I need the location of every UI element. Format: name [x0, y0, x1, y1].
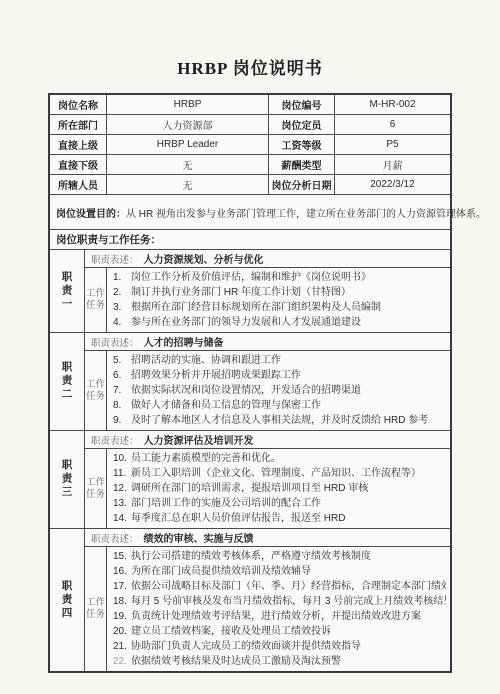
task-number: 17.	[111, 579, 131, 594]
task-number: 10.	[111, 451, 131, 466]
responsibility-desc-row: 职责表述： 人力资源规划、分析与优化	[85, 250, 450, 268]
responsibility-desc-row: 职责表述： 绩效的审核、实施与反馈	[85, 529, 450, 547]
task-item: 14. 每季度汇总在职人员价值评估报告，报送至 HRD	[111, 511, 446, 526]
responsibility-name: 职责三	[60, 459, 75, 500]
desc-label: 职责表述：	[91, 433, 139, 447]
field-value: HRBP Leader	[107, 135, 269, 154]
task-text: 参与所在业务部门的领导力发展和人才发展通道建设	[131, 315, 446, 330]
task-list: 1. 岗位工作分析及价值评估，编制和维护《岗位说明书》 2. 制订并执行业务部门…	[107, 268, 450, 332]
task-label: 工作任务	[86, 288, 106, 312]
info-row: 所辖人员 无 岗位分析日期 2022/3/12	[50, 175, 450, 195]
task-label-cell: 工作任务	[85, 351, 107, 430]
task-item: 16. 为所在部门成员提供绩效培训及绩效辅导	[111, 564, 446, 579]
task-text: 依据公司战略目标及部门（年、季、月）经营指标，合理制定本部门绩效考核指标	[131, 579, 446, 594]
task-item: 6. 招聘效果分析并开展招聘成果跟踪工作	[111, 368, 446, 383]
info-row: 直接下级 无 薪酬类型 月薪	[50, 155, 450, 175]
field-value: 2022/3/12	[335, 175, 450, 194]
task-item: 4. 参与所在业务部门的领导力发展和人才发展通道建设	[111, 315, 446, 330]
purpose-label: 岗位设置目的：	[56, 205, 126, 220]
info-row: 所在部门 人力资源部 岗位定员 6	[50, 115, 450, 135]
task-number: 4.	[111, 315, 131, 330]
task-text: 建立员工绩效档案，接收及处理员工绩效投诉	[131, 624, 446, 639]
task-number: 1.	[111, 270, 131, 285]
task-label-cell: 工作任务	[85, 547, 107, 671]
task-item: 2. 制订并执行业务部门 HR 年度工作计划（甘特图）	[111, 285, 446, 300]
task-text: 执行公司搭建的绩效考核体系，严格遵守绩效考核制度	[131, 549, 446, 564]
purpose-text: 从 HR 视角出发参与业务部门管理工作，建立所在业务部门的人力资源管理体系。	[126, 205, 486, 220]
task-number: 2.	[111, 285, 131, 300]
task-text: 招聘活动的实施、协调和跟进工作	[131, 353, 446, 368]
task-number: 22.	[111, 654, 131, 669]
field-label: 薪酬类型	[269, 155, 335, 174]
task-number: 18.	[111, 594, 131, 609]
desc-text: 绩效的审核、实施与反馈	[144, 530, 254, 545]
task-text: 及时了解本地区人才信息及人事相关法规，并及时反馈给 HRD 参考	[131, 413, 446, 428]
task-number: 9.	[111, 413, 131, 428]
task-text: 做好人才储备和员工信息的管理与保密工作	[131, 398, 446, 413]
desc-text: 人力资源规划、分析与优化	[144, 251, 264, 266]
field-value: 无	[107, 175, 269, 194]
task-label: 工作任务	[86, 477, 106, 501]
task-number: 14.	[111, 511, 131, 526]
task-label-cell: 工作任务	[85, 449, 107, 528]
task-text: 依据实际状况和岗位设置情况，开发适合的招聘渠道	[131, 383, 446, 398]
task-text: 员工能力素质模型的完善和优化。	[131, 451, 446, 466]
task-item: 22. 依据绩效考核结果及时达成员工激励及淘汰预警	[111, 654, 446, 669]
task-number: 21.	[111, 639, 131, 654]
task-number: 15.	[111, 549, 131, 564]
responsibility-block-4: 职责四 职责表述： 绩效的审核、实施与反馈 工作任务 15. 执行公司搭建的	[50, 529, 450, 671]
field-value: 无	[107, 155, 269, 174]
task-item: 17. 依据公司战略目标及部门（年、季、月）经营指标，合理制定本部门绩效考核指标	[111, 579, 446, 594]
task-number: 11.	[111, 466, 131, 481]
responsibility-block-1: 职责一 职责表述： 人力资源规划、分析与优化 工作任务 1. 岗位工作分析及	[50, 250, 450, 333]
field-label: 所在部门	[50, 115, 107, 134]
task-item: 13. 部门培训工作的实施及公司培训的配合工作	[111, 496, 446, 511]
task-item: 9. 及时了解本地区人才信息及人事相关法规，并及时反馈给 HRD 参考	[111, 413, 446, 428]
task-item: 20. 建立员工绩效档案，接收及处理员工绩效投诉	[111, 624, 446, 639]
responsibility-name-cell: 职责二	[50, 333, 85, 430]
responsibility-name: 职责四	[60, 580, 75, 621]
task-number: 5.	[111, 353, 131, 368]
task-list: 5. 招聘活动的实施、协调和跟进工作 6. 招聘效果分析并开展招聘成果跟踪工作 …	[107, 351, 450, 430]
responsibility-desc-row: 职责表述： 人才的招聘与储备	[85, 333, 450, 351]
desc-text: 人力资源评估及培训开发	[144, 432, 254, 447]
job-description-table: 岗位名称 HRBP 岗位编号 M-HR-002 所在部门 人力资源部 岗位定员 …	[48, 93, 452, 673]
task-item: 10. 员工能力素质模型的完善和优化。	[111, 451, 446, 466]
job-info-grid: 岗位名称 HRBP 岗位编号 M-HR-002 所在部门 人力资源部 岗位定员 …	[50, 95, 450, 195]
desc-text: 人才的招聘与储备	[144, 334, 224, 349]
responsibility-name: 职责二	[60, 361, 75, 402]
responsibility-desc-row: 职责表述： 人力资源评估及培训开发	[85, 431, 450, 449]
info-row: 直接上级 HRBP Leader 工资等级 P5	[50, 135, 450, 155]
task-item: 8. 做好人才储备和员工信息的管理与保密工作	[111, 398, 446, 413]
task-item: 5. 招聘活动的实施、协调和跟进工作	[111, 353, 446, 368]
task-text: 招聘效果分析并开展招聘成果跟踪工作	[131, 368, 446, 383]
task-item: 19. 负责统计处理绩效考评结果，进行绩效分析，并提出绩效改进方案	[111, 609, 446, 624]
task-number: 13.	[111, 496, 131, 511]
desc-label: 职责表述：	[91, 335, 139, 349]
task-label: 工作任务	[86, 597, 106, 621]
task-number: 6.	[111, 368, 131, 383]
field-label: 岗位编号	[269, 95, 335, 114]
responsibility-block-3: 职责三 职责表述： 人力资源评估及培训开发 工作任务 10. 员工能力素质模	[50, 431, 450, 529]
task-item: 11. 新员工入职培训（企业文化、管理制度、产品知识、工作流程等）	[111, 466, 446, 481]
task-number: 20.	[111, 624, 131, 639]
task-number: 3.	[111, 300, 131, 315]
task-number: 8.	[111, 398, 131, 413]
task-text: 调研所在部门的培训需求，提报培训项目至 HRD 审核	[131, 481, 446, 496]
task-text: 负责统计处理绩效考评结果，进行绩效分析，并提出绩效改进方案	[131, 609, 446, 624]
field-label: 岗位名称	[50, 95, 107, 114]
task-item: 7. 依据实际状况和岗位设置情况，开发适合的招聘渠道	[111, 383, 446, 398]
field-value: P5	[335, 135, 450, 154]
field-value: HRBP	[107, 95, 269, 114]
field-label: 直接下级	[50, 155, 107, 174]
page-title: HRBP 岗位说明书	[0, 54, 500, 84]
task-text: 根据所在部门经营目标规划所在部门组织架构及人员编制	[131, 300, 446, 315]
task-item: 21. 协助部门负责人完成员工的绩效面谈并提供绩效指导	[111, 639, 446, 654]
section-header: 岗位职责与工作任务：	[50, 230, 450, 250]
task-label-cell: 工作任务	[85, 268, 107, 332]
task-text: 新员工入职培训（企业文化、管理制度、产品知识、工作流程等）	[131, 466, 446, 481]
desc-label: 职责表述：	[91, 252, 139, 266]
task-item: 18. 每月 5 号前审核及发布当月绩效指标，每月 3 号前完成上月绩效考核结果…	[111, 594, 446, 609]
task-item: 3. 根据所在部门经营目标规划所在部门组织架构及人员编制	[111, 300, 446, 315]
task-list: 10. 员工能力素质模型的完善和优化。 11. 新员工入职培训（企业文化、管理制…	[107, 449, 450, 528]
field-value: 月薪	[335, 155, 450, 174]
field-label: 岗位定员	[269, 115, 335, 134]
field-label: 岗位分析日期	[269, 175, 335, 194]
task-text: 为所在部门成员提供绩效培训及绩效辅导	[131, 564, 446, 579]
task-text: 依据绩效考核结果及时达成员工激励及淘汰预警	[131, 654, 446, 669]
task-list: 15. 执行公司搭建的绩效考核体系，严格遵守绩效考核制度 16. 为所在部门成员…	[107, 547, 450, 671]
responsibility-name-cell: 职责三	[50, 431, 85, 528]
task-text: 每月 5 号前审核及发布当月绩效指标，每月 3 号前完成上月绩效考核结果审核提报	[131, 594, 446, 609]
field-label: 直接上级	[50, 135, 107, 154]
task-text: 岗位工作分析及价值评估，编制和维护《岗位说明书》	[131, 270, 446, 285]
task-text: 部门培训工作的实施及公司培训的配合工作	[131, 496, 446, 511]
responsibility-name: 职责一	[60, 271, 75, 312]
field-label: 所辖人员	[50, 175, 107, 194]
field-value: M-HR-002	[335, 95, 450, 114]
info-row: 岗位名称 HRBP 岗位编号 M-HR-002	[50, 95, 450, 115]
field-value: 人力资源部	[107, 115, 269, 134]
task-text: 每季度汇总在职人员价值评估报告，报送至 HRD	[131, 511, 446, 526]
task-item: 1. 岗位工作分析及价值评估，编制和维护《岗位说明书》	[111, 270, 446, 285]
responsibility-name-cell: 职责一	[50, 250, 85, 332]
task-item: 12. 调研所在部门的培训需求，提报培训项目至 HRD 审核	[111, 481, 446, 496]
responsibility-name-cell: 职责四	[50, 529, 85, 671]
desc-label: 职责表述：	[91, 531, 139, 545]
task-number: 12.	[111, 481, 131, 496]
task-number: 7.	[111, 383, 131, 398]
task-label: 工作任务	[86, 379, 106, 403]
purpose-row: 岗位设置目的： 从 HR 视角出发参与业务部门管理工作，建立所在业务部门的人力资…	[50, 195, 450, 230]
field-label: 工资等级	[269, 135, 335, 154]
field-value: 6	[335, 115, 450, 134]
task-text: 制订并执行业务部门 HR 年度工作计划（甘特图）	[131, 285, 446, 300]
responsibility-block-2: 职责二 职责表述： 人才的招聘与储备 工作任务 5. 招聘活动的实施、协调和	[50, 333, 450, 431]
task-number: 16.	[111, 564, 131, 579]
task-text: 协助部门负责人完成员工的绩效面谈并提供绩效指导	[131, 639, 446, 654]
task-item: 15. 执行公司搭建的绩效考核体系，严格遵守绩效考核制度	[111, 549, 446, 564]
task-number: 19.	[111, 609, 131, 624]
document-page: HRBP 岗位说明书 岗位名称 HRBP 岗位编号 M-HR-002 所在部门 …	[0, 0, 500, 694]
